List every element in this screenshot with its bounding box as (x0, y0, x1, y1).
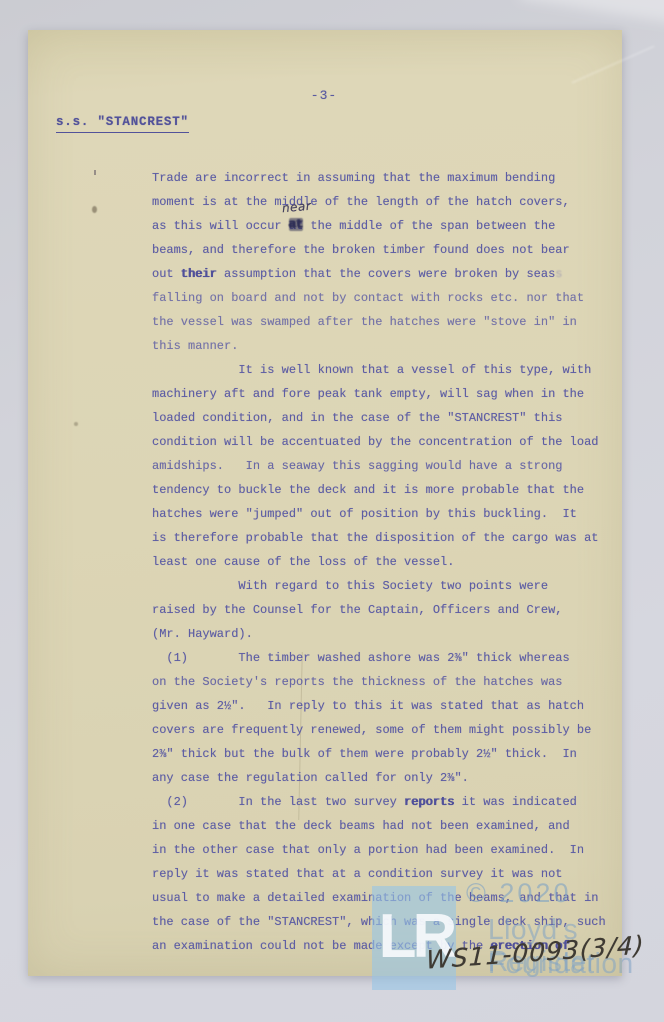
typed-line: out their assumption that the covers wer… (152, 262, 624, 286)
typed-lines: Trade are incorrect in assuming that the… (152, 166, 624, 958)
typed-line: this manner. (152, 334, 624, 358)
paper-crease (572, 46, 655, 84)
typed-line: 2⅜" thick but the bulk of them were prob… (152, 742, 624, 766)
typed-line: in one case that the deck beams had not … (152, 814, 624, 838)
typed-line: (2) In the last two survey reports it wa… (152, 790, 624, 814)
typed-line: covers are frequently renewed, some of t… (152, 718, 624, 742)
typed-line: given as 2½". In reply to this it was st… (152, 694, 624, 718)
typed-line: beams, and therefore the broken timber f… (152, 238, 624, 262)
typed-line: on the Society's reports the thickness o… (152, 670, 624, 694)
typed-line: moment is at the middle of the length of… (152, 190, 624, 214)
typed-line: Trade are incorrect in assuming that the… (152, 166, 624, 190)
paper-speck (74, 422, 78, 426)
typed-line: condition will be accentuated by the con… (152, 430, 624, 454)
typed-overlay-double: their (181, 262, 217, 286)
typed-line: (Mr. Hayward). (152, 622, 624, 646)
typed-line: machinery aft and fore peak tank empty, … (152, 382, 624, 406)
typed-line: hatches were "jumped" out of position by… (152, 502, 624, 526)
typed-line: as this will occur at the middle of the … (152, 214, 624, 238)
typed-line: With regard to this Society two points w… (152, 574, 624, 598)
typed-line: the vessel was swamped after the hatches… (152, 310, 624, 334)
typed-overlay-double: reports (404, 790, 454, 814)
scanned-document-page: { "page": { "page_number": "-3-", "headi… (0, 0, 664, 1022)
typed-line: the case of the "STANCREST", which was a… (152, 910, 624, 934)
typed-line: falling on board and not by contact with… (152, 286, 624, 310)
typed-line: any case the regulation called for only … (152, 766, 624, 790)
handwritten-correction: near (281, 200, 311, 216)
typed-line: It is well known that a vessel of this t… (152, 358, 624, 382)
typed-line: raised by the Counsel for the Captain, O… (152, 598, 624, 622)
typed-line: amidships. In a seaway this sagging woul… (152, 454, 624, 478)
paper-speck (92, 206, 97, 213)
typed-line: loaded condition, and in the case of the… (152, 406, 624, 430)
typed-line: usual to make a detailed examination of … (152, 886, 624, 910)
typed-overlay-faint: s (555, 262, 562, 286)
background-fold-shadow (519, 0, 664, 33)
typed-line: is therefore probable that the dispositi… (152, 526, 624, 550)
typed-line: (1) The timber washed ashore was 2⅜" thi… (152, 646, 624, 670)
typed-line: tendency to buckle the deck and it is mo… (152, 478, 624, 502)
typed-line: least one cause of the loss of the vesse… (152, 550, 624, 574)
paper-speck (94, 170, 96, 175)
typed-line: reply it was stated that at a condition … (152, 862, 624, 886)
page-number: -3- (300, 88, 348, 104)
document-heading: s.s. "STANCREST" (56, 114, 189, 133)
typed-overlay-smudge: at (289, 218, 303, 231)
typed-line: in the other case that only a portion ha… (152, 838, 624, 862)
